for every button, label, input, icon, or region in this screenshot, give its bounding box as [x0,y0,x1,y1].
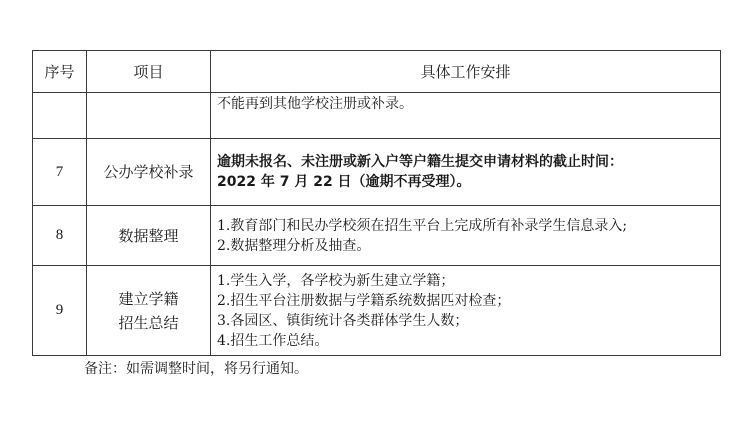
item-line: 公办学校补录 [103,163,193,181]
detail-line: 2.招生平台注册数据与学籍系统数据匹对检查； [217,291,720,311]
item-line: 招生总结 [87,311,210,335]
row-detail: 逾期未报名、未注册或新入户等户籍生提交申请材料的截止时间： 2022 年 7 月… [211,139,721,206]
row-number: 9 [33,266,87,356]
row-number [33,93,87,139]
detail-line: 1.教育部门和民办学校须在招生平台上完成所有补录学生信息录入; [217,216,720,236]
detail-line: 4.招生工作总结。 [217,331,720,351]
item-line: 建立学籍 [87,287,210,311]
detail-line: 2022 年 7 月 22 日（逾期不再受理）。 [217,172,720,192]
detail-line: 逾期未报名、未注册或新入户等户籍生提交申请材料的截止时间： [217,152,720,172]
row-detail: 不能再到其他学校注册或补录。 [211,93,721,139]
table-row: 7 公办学校补录 逾期未报名、未注册或新入户等户籍生提交申请材料的截止时间： 2… [33,139,721,206]
header-detail: 具体工作安排 [211,51,721,93]
table-row-continuation: 不能再到其他学校注册或补录。 [33,93,721,139]
item-line: 数据整理 [118,227,178,245]
row-item: 数据整理 [87,206,211,266]
detail-line: 1.学生入学，各学校为新生建立学籍； [217,271,720,291]
detail-line: 不能再到其他学校注册或补录。 [217,94,720,114]
footnote: 备注：如需调整时间，将另行通知。 [84,358,308,378]
header-number: 序号 [33,51,87,93]
detail-line: 3.各园区、镇街统计各类群体学生人数； [217,311,720,331]
row-item: 建立学籍 招生总结 [87,266,211,356]
table-row: 9 建立学籍 招生总结 1.学生入学，各学校为新生建立学籍； 2.招生平台注册数… [33,266,721,356]
row-item: 公办学校补录 [87,139,211,206]
row-detail: 1.学生入学，各学校为新生建立学籍； 2.招生平台注册数据与学籍系统数据匹对检查… [211,266,721,356]
schedule-table: 序号 项目 具体工作安排 不能再到其他学校注册或补录。 7 公办学校补录 逾期未… [32,50,721,356]
row-number: 8 [33,206,87,266]
row-detail: 1.教育部门和民办学校须在招生平台上完成所有补录学生信息录入; 2.数据整理分析… [211,206,721,266]
header-item: 项目 [87,51,211,93]
row-item [87,93,211,139]
row-number: 7 [33,139,87,206]
table-header-row: 序号 项目 具体工作安排 [33,51,721,93]
detail-line: 2.数据整理分析及抽查。 [217,236,720,256]
table-row: 8 数据整理 1.教育部门和民办学校须在招生平台上完成所有补录学生信息录入; 2… [33,206,721,266]
